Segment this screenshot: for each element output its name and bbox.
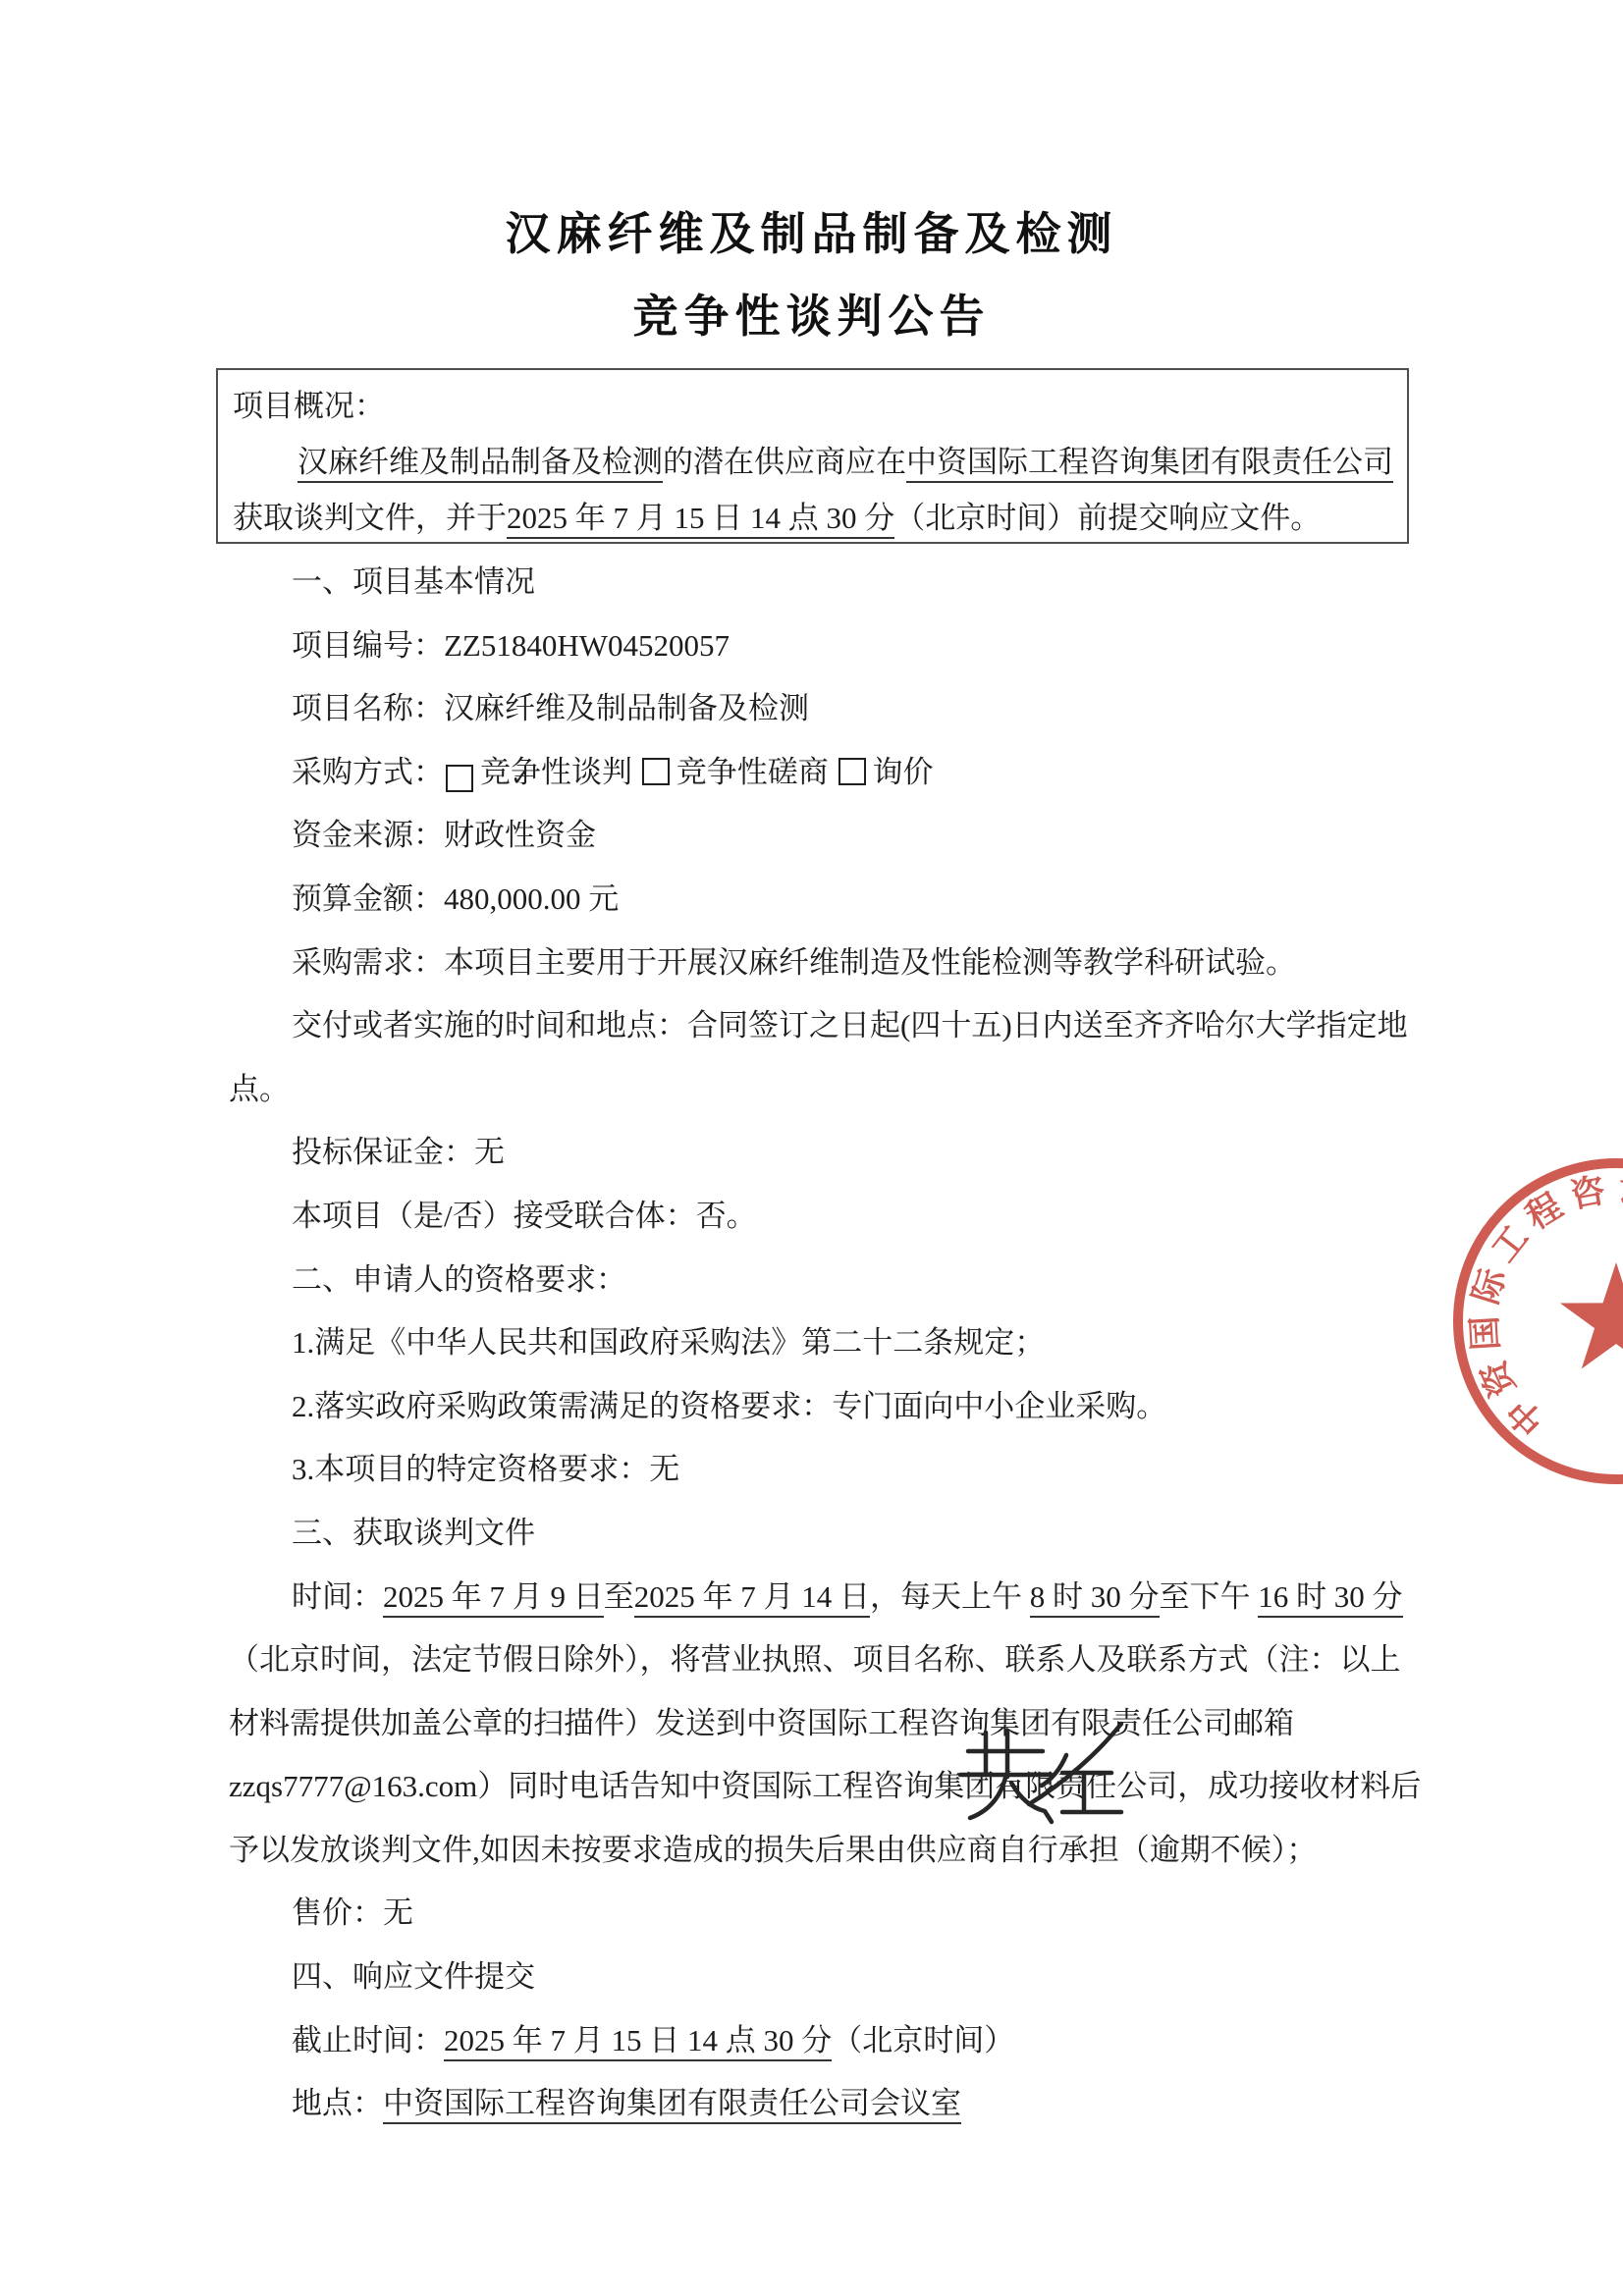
document-line: 1.满足《中华人民共和国政府采购法》第二十二条规定； xyxy=(229,1311,1399,1375)
seal-company-name: 中资国际工程咨询集团有限责任公司 xyxy=(1420,1125,1623,1442)
document-line: zzqs7777@163.com）同时电话告知中资国际工程咨询集团有限责任公司，… xyxy=(229,1755,1399,1819)
document-line: 予以发放谈判文件,如因未按要求造成的损失后果由供应商自行承担（逾期不候）； xyxy=(229,1819,1399,1883)
document-line: 三、获取谈判文件 xyxy=(229,1502,1399,1566)
text-run: 的潜在供应商应在 xyxy=(663,445,906,479)
text-run: 获取谈判文件，并于 xyxy=(233,501,507,535)
document-line: 四、响应文件提交 xyxy=(229,1946,1399,2009)
document-line: 一、项目基本情况 xyxy=(229,551,1399,614)
text-run: 竞争性谈判 xyxy=(480,755,640,789)
document-line: 售价：无 xyxy=(229,1882,1399,1946)
text-run: （北京时间，法定节假日除外），将营业执照、项目名称、联系人及联系方式（注：以上 xyxy=(229,1642,1401,1677)
text-run: 1.满足《中华人民共和国政府采购法》第二十二条规定； xyxy=(292,1325,1045,1360)
text-run: 3.本项目的特定资格要求：无 xyxy=(292,1452,679,1486)
text-run: 售价：无 xyxy=(292,1896,413,1930)
text-run: 地点： xyxy=(292,2086,383,2120)
document-line: 汉麻纤维及制品制备及检测的潜在供应商应在中资国际工程咨询集团有限责任公司 xyxy=(233,434,1395,490)
seal-star-icon xyxy=(1560,1262,1623,1369)
document-line: 时间：2025 年 7 月 9 日至2025 年 7 月 14 日，每天上午 8… xyxy=(229,1566,1399,1629)
text-run: 予以发放谈判文件,如因未按要求造成的损失后果由供应商自行承担（逾期不候）； xyxy=(229,1833,1317,1867)
document-line: 项目编号：ZZ51840HW04520057 xyxy=(229,614,1399,678)
document-line: 3.本项目的特定资格要求：无 xyxy=(229,1438,1399,1502)
text-run: 点。 xyxy=(229,1072,290,1106)
text-run: 材料需提供加盖公章的扫描件）发送到中资国际工程咨询集团有限责任公司邮箱 xyxy=(229,1706,1294,1740)
document-title: 汉麻纤维及制品制备及检测 竞争性谈判公告 xyxy=(0,192,1623,357)
text-run: 2025 年 7 月 14 日 xyxy=(634,1579,870,1618)
checkbox-checked-icon: ✓ xyxy=(446,765,473,792)
text-run: 截止时间： xyxy=(292,2023,444,2057)
checkbox-empty-icon xyxy=(642,758,670,785)
scanned-document-page: { "page": { "background": "#ffffff", "te… xyxy=(0,0,1623,2296)
document-line: 获取谈判文件，并于2025 年 7 月 15 日 14 点 30 分（北京时间）… xyxy=(233,490,1395,546)
handwritten-signature xyxy=(948,1718,1129,1838)
text-run: 8 时 30 分 xyxy=(1030,1579,1160,1618)
document-line: 本项目（是/否）接受联合体：否。 xyxy=(229,1185,1399,1249)
document-line: 地点：中资国际工程咨询集团有限责任公司会议室 xyxy=(229,2072,1399,2136)
document-line: 点。 xyxy=(229,1058,1399,1122)
text-run: 汉麻纤维及制品制备及检测 xyxy=(298,445,663,483)
text-run: 询价 xyxy=(873,755,934,789)
text-run: 四、响应文件提交 xyxy=(292,1959,535,1994)
text-run: 竞争性磋商 xyxy=(676,755,837,789)
text-run: 采购方式： xyxy=(292,755,444,789)
text-run: 2.落实政府采购政策需满足的资格要求：专门面向中小企业采购。 xyxy=(292,1389,1166,1423)
text-run: 本项目（是/否）接受联合体：否。 xyxy=(292,1199,757,1233)
text-run: 2025 年 7 月 15 日 14 点 30 分 xyxy=(444,2023,832,2061)
text-run: 至 xyxy=(604,1579,634,1614)
document-line: 项目名称：汉麻纤维及制品制备及检测 xyxy=(229,677,1399,741)
text-run: 中资国际工程咨询集团有限责任公司会议室 xyxy=(383,2086,961,2124)
document-title-line2: 竞争性谈判公告 xyxy=(0,275,1623,357)
text-run: （北京时间） xyxy=(832,2023,1014,2057)
text-run: 采购需求：本项目主要用于开展汉麻纤维制造及性能检测等教学科研试验。 xyxy=(292,945,1296,980)
text-run: 项目编号：ZZ51840HW04520057 xyxy=(292,628,730,663)
document-line: 采购需求：本项目主要用于开展汉麻纤维制造及性能检测等教学科研试验。 xyxy=(229,932,1399,995)
text-run: 预算金额：480,000.00 元 xyxy=(292,881,619,916)
red-company-seal-stamp: 中资国际工程咨询集团有限责任公司 xyxy=(1420,1125,1623,1518)
document-line: 投标保证金：无 xyxy=(229,1121,1399,1185)
text-run: 至下午 xyxy=(1160,1579,1259,1614)
text-run: （北京时间）前提交响应文件。 xyxy=(894,501,1321,535)
checkbox-empty-icon xyxy=(839,758,866,785)
document-line: 二、申请人的资格要求： xyxy=(229,1249,1399,1312)
text-run: 资金来源：财政性资金 xyxy=(292,818,596,852)
text-run: 项目名称：汉麻纤维及制品制备及检测 xyxy=(292,691,809,725)
document-body: 一、项目基本情况项目编号：ZZ51840HW04520057项目名称：汉麻纤维及… xyxy=(229,551,1399,2136)
document-line: 采购方式：✓竞争性谈判 竞争性磋商 询价 xyxy=(229,741,1399,805)
text-run: zzqs7777@163.com）同时电话告知中资国际工程咨询集团有限责任公司，… xyxy=(229,1769,1421,1803)
text-run: 项目概况： xyxy=(233,389,385,423)
text-run: 投标保证金：无 xyxy=(292,1135,505,1169)
text-run: 一、项目基本情况 xyxy=(292,564,535,599)
project-overview-box: 项目概况：汉麻纤维及制品制备及检测的潜在供应商应在中资国际工程咨询集团有限责任公… xyxy=(216,368,1409,544)
document-line: 截止时间：2025 年 7 月 15 日 14 点 30 分（北京时间） xyxy=(229,2009,1399,2073)
text-run: 2025 年 7 月 15 日 14 点 30 分 xyxy=(507,501,894,539)
document-line: 项目概况： xyxy=(233,378,1395,434)
document-line: 资金来源：财政性资金 xyxy=(229,804,1399,868)
text-run: 2025 年 7 月 9 日 xyxy=(383,1579,604,1618)
text-run: 16 时 30 分 xyxy=(1258,1579,1402,1618)
text-run: 中资国际工程咨询集团有限责任公司 xyxy=(906,445,1393,483)
document-line: 材料需提供加盖公章的扫描件）发送到中资国际工程咨询集团有限责任公司邮箱 xyxy=(229,1692,1399,1756)
text-run: 时间： xyxy=(292,1579,383,1614)
text-run: 交付或者实施的时间和地点：合同签订之日起(四十五)日内送至齐齐哈尔大学指定地 xyxy=(292,1008,1408,1042)
document-line: 2.落实政府采购政策需满足的资格要求：专门面向中小企业采购。 xyxy=(229,1375,1399,1439)
text-run: 二、申请人的资格要求： xyxy=(292,1262,626,1297)
text-run: ，每天上午 xyxy=(870,1579,1030,1614)
document-line: 预算金额：480,000.00 元 xyxy=(229,868,1399,932)
document-title-line1: 汉麻纤维及制品制备及检测 xyxy=(0,192,1623,275)
document-line: （北京时间，法定节假日除外），将营业执照、项目名称、联系人及联系方式（注：以上 xyxy=(229,1629,1399,1692)
text-run: 三、获取谈判文件 xyxy=(292,1516,535,1550)
document-line: 交付或者实施的时间和地点：合同签订之日起(四十五)日内送至齐齐哈尔大学指定地 xyxy=(229,994,1399,1058)
